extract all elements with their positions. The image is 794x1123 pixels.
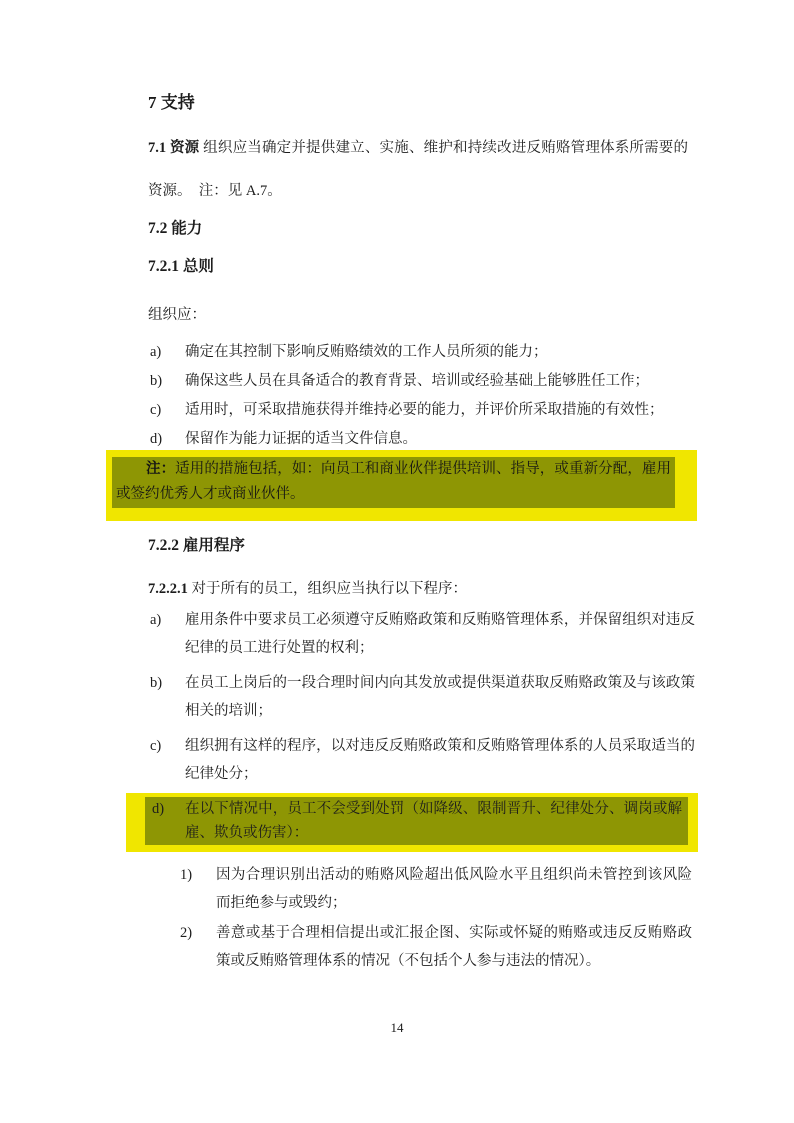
list-marker: c) [150, 732, 185, 760]
list-marker: b) [150, 367, 185, 396]
list-marker: a) [150, 606, 185, 634]
list-item-text: 确保这些人员在具备适合的教育背景、培训或经验基础上能够胜任工作； [185, 367, 695, 396]
list-item-text: 因为合理识别出活动的贿赂风险超出低风险水平且组织尚未管控到该风险而拒绝参与或毁约… [216, 861, 692, 917]
list-item-text: 适用时，可采取措施获得并维持必要的能力，并评价所采取措施的有效性； [185, 396, 695, 425]
list-item-text: 雇用条件中要求员工必须遵守反贿赂政策和反贿赂管理体系，并保留组织对违反纪律的员工… [185, 606, 695, 662]
highlighted-item-d-outer: d) 在以下情况中，员工不会受到处罚（如降级、限制晋升、纪律处分、调岗或解雇、欺… [126, 793, 698, 852]
list-item: b) 在员工上岗后的一段合理时间内向其发放或提供渠道获取反贿赂政策及与该政策相关… [150, 669, 695, 725]
highlighted-note-inner: 注：适用的措施包括，如：向员工和商业伙伴提供培训、指导，或重新分配，雇用或签约优… [112, 457, 675, 508]
section-label-7-2-2-1: 7.2.2.1 [148, 581, 188, 597]
highlighted-note-outer: 注：适用的措施包括，如：向员工和商业伙伴提供培训、指导，或重新分配，雇用或签约优… [106, 450, 697, 521]
list-item: c) 适用时，可采取措施获得并维持必要的能力，并评价所采取措施的有效性； [150, 396, 695, 425]
list-item: a) 雇用条件中要求员工必须遵守反贿赂政策和反贿赂管理体系，并保留组织对违反纪律… [150, 606, 695, 662]
list-item: a) 确定在其控制下影响反贿赂绩效的工作人员所须的能力； [150, 338, 695, 367]
employment-procedures-list: a) 雇用条件中要求员工必须遵守反贿赂政策和反贿赂管理体系，并保留组织对违反纪律… [150, 606, 695, 795]
exception-sublist: 1) 因为合理识别出活动的贿赂风险超出低风险水平且组织尚未管控到该风险而拒绝参与… [180, 861, 692, 977]
list-intro-7-2-1: 组织应： [148, 303, 206, 324]
section-heading-7-2-2: 7.2.2 雇用程序 [148, 533, 245, 555]
note-label: 注： [146, 461, 175, 477]
section-label-7-1: 7.1 资源 [148, 140, 199, 156]
list-marker: 1) [180, 861, 216, 889]
highlighted-item-d-inner: d) 在以下情况中，员工不会受到处罚（如降级、限制晋升、纪律处分、调岗或解雇、欺… [145, 797, 688, 845]
list-marker: a) [150, 338, 185, 367]
list-item-text: 组织拥有这样的程序，以对违反反贿赂政策和反贿赂管理体系的人员采取适当的纪律处分； [185, 732, 695, 788]
section-heading-7: 7 支持 [148, 88, 195, 113]
note-7-2-1: 注：适用的措施包括，如：向员工和商业伙伴提供培训、指导，或重新分配，雇用或签约优… [112, 457, 675, 507]
document-page: 7 支持 7.1 资源 组织应当确定并提供建立、实施、维护和持续改进反贿赂管理体… [0, 0, 794, 1123]
list-item-text: 确定在其控制下影响反贿赂绩效的工作人员所须的能力； [185, 338, 695, 367]
list-marker: b) [150, 669, 185, 697]
note-text: 适用的措施包括，如：向员工和商业伙伴提供培训、指导，或重新分配，雇用或签约优秀人… [116, 461, 671, 502]
paragraph-7-2-2-1-text: 对于所有的员工，组织应当执行以下程序： [192, 581, 468, 597]
list-item-text: 在员工上岗后的一段合理时间内向其发放或提供渠道获取反贿赂政策及与该政策相关的培训… [185, 669, 695, 725]
list-item-text: 在以下情况中，员工不会受到处罚（如降级、限制晋升、纪律处分、调岗或解雇、欺负或伤… [185, 797, 682, 845]
section-heading-7-2: 7.2 能力 [148, 216, 202, 238]
list-item: d) 在以下情况中，员工不会受到处罚（如降级、限制晋升、纪律处分、调岗或解雇、欺… [145, 797, 688, 845]
list-item: 2) 善意或基于合理相信提出或汇报企图、实际或怀疑的贿赂或违反反贿赂政策或反贿赂… [180, 919, 692, 975]
list-marker: c) [150, 396, 185, 425]
paragraph-7-1: 7.1 资源 组织应当确定并提供建立、实施、维护和持续改进反贿赂管理体系所需要的… [148, 127, 688, 213]
paragraph-7-2-2-1: 7.2.2.1 对于所有的员工，组织应当执行以下程序： [148, 577, 688, 598]
list-marker: d) [152, 797, 185, 845]
list-item: c) 组织拥有这样的程序，以对违反反贿赂政策和反贿赂管理体系的人员采取适当的纪律… [150, 732, 695, 788]
page-number: 14 [0, 1020, 794, 1036]
section-heading-7-2-1: 7.2.1 总则 [148, 254, 214, 276]
list-item: b) 确保这些人员在具备适合的教育背景、培训或经验基础上能够胜任工作； [150, 367, 695, 396]
list-item-text: 善意或基于合理相信提出或汇报企图、实际或怀疑的贿赂或违反反贿赂政策或反贿赂管理体… [216, 919, 692, 975]
list-item: 1) 因为合理识别出活动的贿赂风险超出低风险水平且组织尚未管控到该风险而拒绝参与… [180, 861, 692, 917]
list-marker: 2) [180, 919, 216, 947]
competence-list: a) 确定在其控制下影响反贿赂绩效的工作人员所须的能力； b) 确保这些人员在具… [150, 338, 695, 454]
paragraph-7-1-text: 组织应当确定并提供建立、实施、维护和持续改进反贿赂管理体系所需要的资源。 注：见… [148, 140, 688, 199]
